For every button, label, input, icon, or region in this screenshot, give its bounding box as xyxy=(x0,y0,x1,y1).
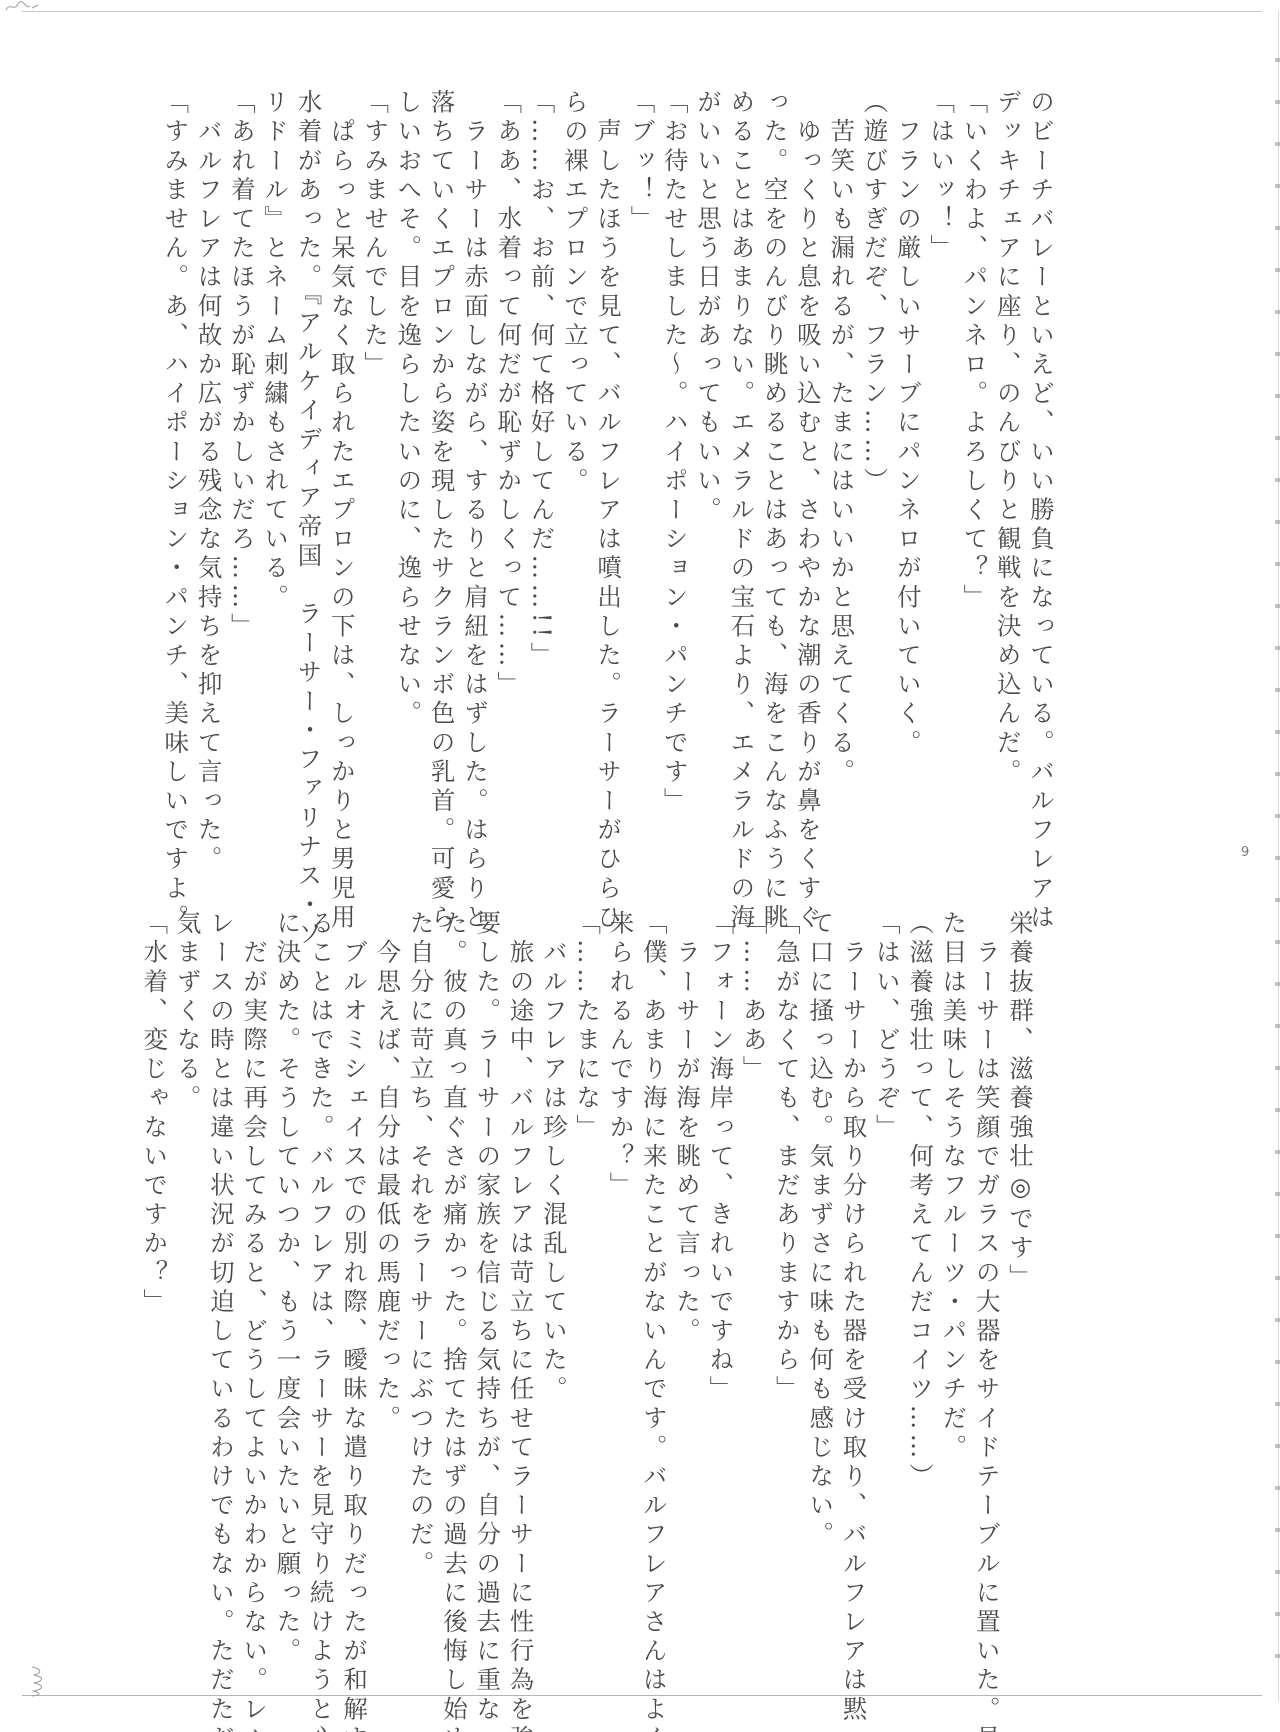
text-line: ゆっくりと息を吸い込むと、さわやかな潮の香りが鼻をくすぐ xyxy=(792,89,825,824)
text-line: 「お待たせしました〜。ハイポーション・パンチです」 xyxy=(658,89,691,824)
text-line: ラーサーは赤面しながら、するりと肩紐をはずした。はらりと xyxy=(459,89,492,824)
text-line: らの裸エプロンで立っている。 xyxy=(559,89,592,824)
text-line: 「……ああ」 xyxy=(737,910,770,1645)
text-line: た。彼の真っ直ぐさが痛かった。捨てたはずの過去に後悔し始め xyxy=(438,910,471,1645)
text-line: 苦笑いも漏れるが、たまにはいいかと思えてくる。 xyxy=(825,89,858,824)
text-line: 「ああ、水着って何だが恥ずかしくって……」 xyxy=(492,89,525,824)
text-line: た目は美味しそうなフルーツ・パンチだ。 xyxy=(937,910,970,1645)
scan-edge-marks xyxy=(1275,20,1280,1670)
text-line: 「はいッ！」 xyxy=(925,89,958,824)
text-line: 「あれ着てたほうが恥ずかしいだろ……」 xyxy=(226,89,259,824)
text-line: った。空をのんびり眺めることはあっても、海をこんなふうに眺 xyxy=(758,89,791,824)
text-line: 「いくわよ、パンネロ。よろしくて？」 xyxy=(958,89,991,824)
text-line: 今思えば、自分は最低の馬鹿だった。 xyxy=(371,910,404,1645)
scribble-mark-bottom xyxy=(28,1665,52,1697)
text-line: 来られるんですか？」 xyxy=(604,910,637,1645)
text-line: デッキチェアに座り、のんびりと観戦を決め込んだ。 xyxy=(991,89,1024,824)
text-line: ぱらっと呆気なく取られたエプロンの下は、しっかりと男児用 xyxy=(325,89,358,824)
text-line: 水着があった。『アルケイディア帝国 ラーサー・ファリナス・ソ xyxy=(292,89,325,824)
text-line: （遊びすぎだぞ、フラン……） xyxy=(858,89,891,824)
text-line: に決めた。そうしていつか、もう一度会いたいと願った。 xyxy=(271,910,304,1645)
text-line: がいいと思う日があってもいい。 xyxy=(692,89,725,824)
text-line: 「フォーン海岸って、きれいですね」 xyxy=(704,910,737,1645)
text-line: 旅の途中、バルフレアは苛立ちに任せてラーサーに性行為を強 xyxy=(504,910,537,1645)
text-line: 栄養抜群、滋養強壮◎です」 xyxy=(1004,910,1037,1645)
text-line: 声したほうを見て、バルフレアは噴出した。ラーサーがひらひ xyxy=(592,89,625,824)
text-line: 「はい、どうぞ」 xyxy=(871,910,904,1645)
text-line: バルフレアは何故か広がる残念な気持ちを抑えて言った。 xyxy=(192,89,225,824)
text-line: ることはできた。バルフレアは、ラーサーを見守り続けようと心 xyxy=(304,910,337,1645)
text-line: 「すみません。あ、ハイポーション・パンチ、美味しいですよ。 xyxy=(159,89,192,824)
text-line: フランの厳しいサーブにパンネロが付いていく。 xyxy=(892,89,925,824)
text-block-bottom: 栄養抜群、滋養強壮◎です」 ラーサーは笑顔でガラスの大器をサイドテーブルに置いた… xyxy=(138,910,1037,1645)
text-line: ラーサーから取り分けられた器を受け取り、バルフレアは黙っ xyxy=(837,910,870,1645)
text-line: めることはあまりない。エメラルドの宝石より、エメラルドの海 xyxy=(725,89,758,824)
text-line: 「ブッ！」 xyxy=(625,89,658,824)
text-line: のビーチバレーといえど、いい勝負になっている。バルフレアは xyxy=(1025,89,1058,824)
text-line: 「水着、変じゃないですか？」 xyxy=(138,910,171,1645)
text-line: た自分に苛立ち、それをラーサーにぶつけたのだ。 xyxy=(404,910,437,1645)
text-line: ラーサーが海を眺めて言った。 xyxy=(671,910,704,1645)
text-line: レースの時とは違い状況が切迫しているわけでもない。ただただ xyxy=(205,910,238,1645)
text-line: バルフレアは珍しく混乱していた。 xyxy=(538,910,571,1645)
text-line: ブルオミシェイスでの別れ際、曖昧な遣り取りだったが和解す xyxy=(338,910,371,1645)
page-number: 9 xyxy=(1241,845,1249,860)
page-top-border xyxy=(22,11,1262,12)
scribble-mark-top xyxy=(4,0,44,14)
text-line: （滋養強壮って、何考えてんだコイツ……） xyxy=(904,910,937,1645)
text-line: 落ちていくエプロンから姿を現したサクランボ色の乳首。可愛ら xyxy=(425,89,458,824)
text-line: ラーサーは笑顔でガラスの大器をサイドテーブルに置いた。見 xyxy=(970,910,1003,1645)
text-line: しいおへそ。目を逸らしたいのに、逸らせない。 xyxy=(392,89,425,824)
text-line: 要した。ラーサーの家族を信じる気持ちが、自分の過去に重なっ xyxy=(471,910,504,1645)
text-line: 「……たまにな」 xyxy=(571,910,604,1645)
text-line: 「急がなくても、まだありますから」 xyxy=(771,910,804,1645)
text-line: だが実際に再会してみると、どうしてよいかわからない。レム xyxy=(238,910,271,1645)
text-line: 「……お、お前、何て格好してんだ……!!」 xyxy=(525,89,558,824)
text-line: 気まずくなる。 xyxy=(171,910,204,1645)
text-line: て口に掻っ込む。気まずさに味も何も感じない。 xyxy=(804,910,837,1645)
text-block-top: のビーチバレーといえど、いい勝負になっている。バルフレアはデッキチェアに座り、の… xyxy=(159,89,1058,824)
text-line: 「僕、あまり海に来たことがないんです。バルフレアさんはよく xyxy=(637,910,670,1645)
text-line: リドール』とネーム刺繍もされている。 xyxy=(259,89,292,824)
text-line: 「すみませんでした」 xyxy=(359,89,392,824)
